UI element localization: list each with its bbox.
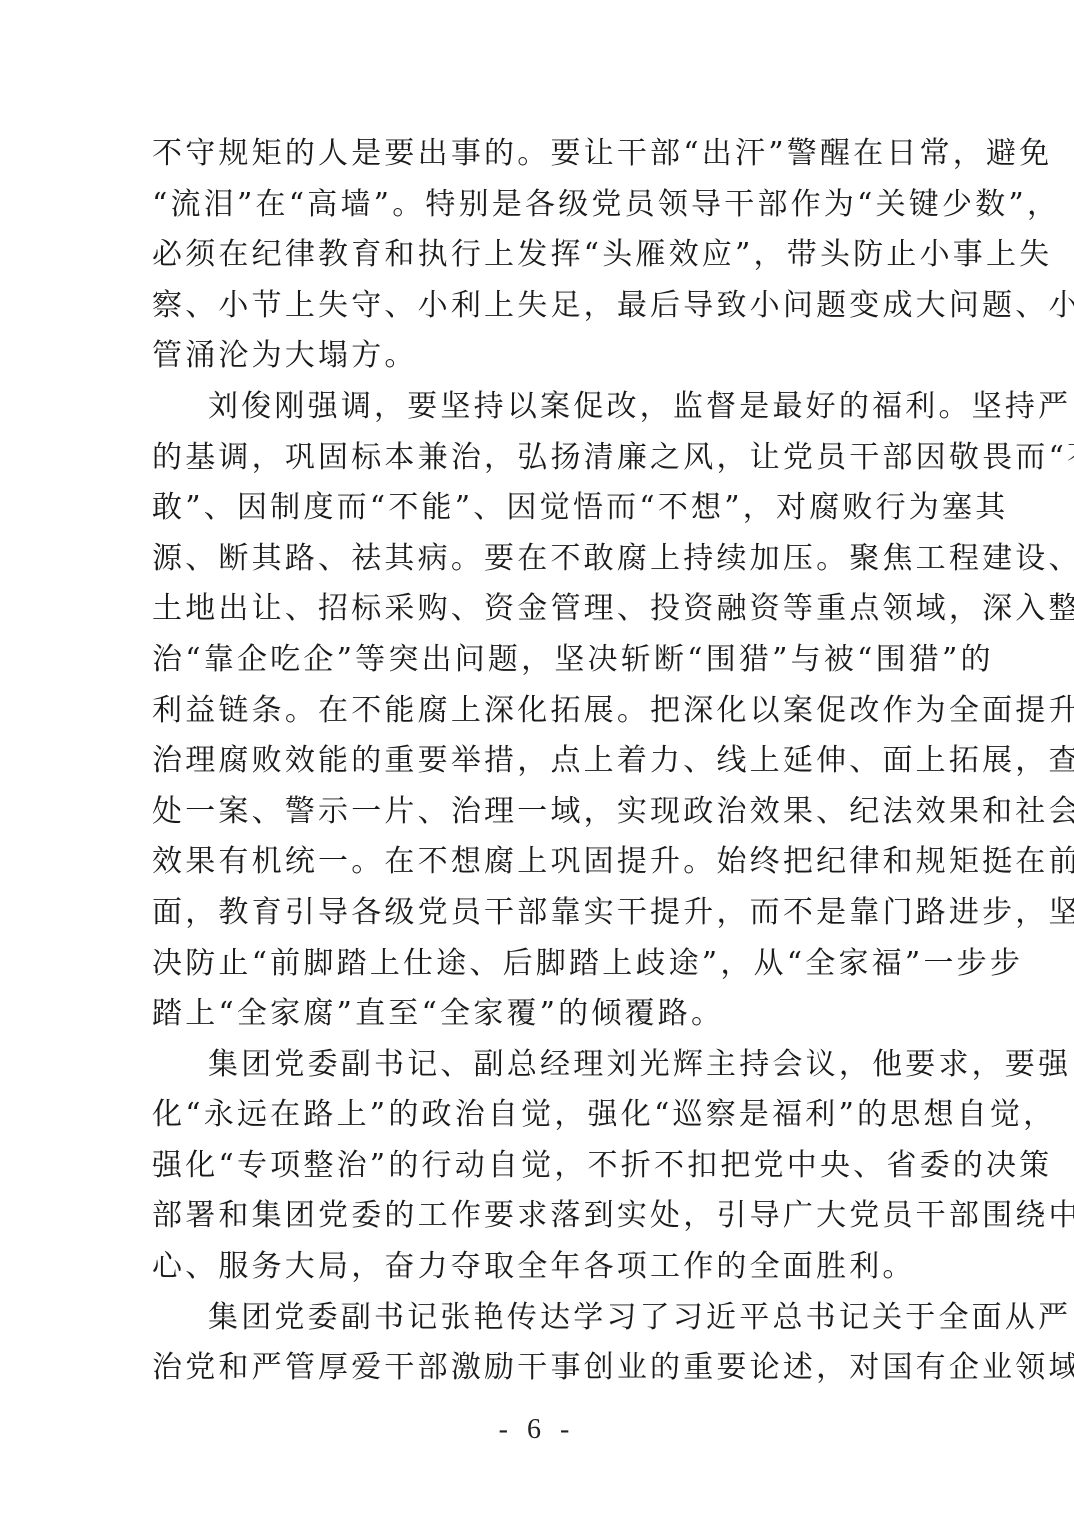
text-line: 治党和严管厚爱干部激励干事创业的重要论述，对国有企业领域	[152, 1343, 922, 1394]
text-line: 治“靠企吃企”等突出问题，坚决斩断“围猎”与被“围猎”的	[152, 635, 922, 686]
text-line: 部署和集团党委的工作要求落到实处，引导广大党员干部围绕中	[152, 1191, 922, 1242]
text-line: 土地出让、招标采购、资金管理、投资融资等重点领域，深入整	[152, 584, 922, 635]
text-line: 察、小节上失守、小利上失足，最后导致小问题变成大问题、小	[152, 281, 922, 332]
text-line: 踏上“全家腐”直至“全家覆”的倾覆路。	[152, 989, 922, 1040]
paragraph-4: 集团党委副书记张艳传达学习了习近平总书记关于全面从严 治党和严管厚爱干部激励干事…	[152, 1293, 922, 1394]
page-number: - 6 -	[0, 1410, 1074, 1450]
text-line: 的基调，巩固标本兼治，弘扬清廉之风，让党员干部因敬畏而“不	[152, 433, 922, 484]
text-line: 刘俊刚强调，要坚持以案促改，监督是最好的福利。坚持严	[152, 382, 922, 433]
paragraph-3: 集团党委副书记、副总经理刘光辉主持会议，他要求，要强 化“永远在路上”的政治自觉…	[152, 1040, 922, 1293]
text-line: 集团党委副书记、副总经理刘光辉主持会议，他要求，要强	[152, 1040, 922, 1091]
text-line: 强化“专项整治”的行动自觉，不折不扣把党中央、省委的决策	[152, 1141, 922, 1192]
text-line: 利益链条。在不能腐上深化拓展。把深化以案促改作为全面提升	[152, 686, 922, 737]
text-line: 必须在纪律教育和执行上发挥“头雁效应”，带头防止小事上失	[152, 230, 922, 281]
text-line: 面，教育引导各级党员干部靠实干提升，而不是靠门路进步，坚	[152, 888, 922, 939]
text-line: 治理腐败效能的重要举措，点上着力、线上延伸、面上拓展，查	[152, 736, 922, 787]
text-line: 处一案、警示一片、治理一域，实现政治效果、纪法效果和社会	[152, 787, 922, 838]
paragraph-1: 不守规矩的人是要出事的。要让干部“出汗”警醒在日常，避免 “流泪”在“高墙”。特…	[152, 129, 922, 382]
text-line: 不守规矩的人是要出事的。要让干部“出汗”警醒在日常，避免	[152, 129, 922, 180]
text-line: 源、断其路、祛其病。要在不敢腐上持续加压。聚焦工程建设、	[152, 534, 922, 585]
text-line: 效果有机统一。在不想腐上巩固提升。始终把纪律和规矩挺在前	[152, 837, 922, 888]
document-body: 不守规矩的人是要出事的。要让干部“出汗”警醒在日常，避免 “流泪”在“高墙”。特…	[152, 129, 922, 1394]
document-page: 不守规矩的人是要出事的。要让干部“出汗”警醒在日常，避免 “流泪”在“高墙”。特…	[0, 0, 1074, 1520]
text-line: 决防止“前脚踏上仕途、后脚踏上歧途”，从“全家福”一步步	[152, 939, 922, 990]
text-line: “流泪”在“高墙”。特别是各级党员领导干部作为“关键少数”，	[152, 180, 922, 231]
text-line: 心、服务大局，奋力夺取全年各项工作的全面胜利。	[152, 1242, 922, 1293]
paragraph-2: 刘俊刚强调，要坚持以案促改，监督是最好的福利。坚持严 的基调，巩固标本兼治，弘扬…	[152, 382, 922, 1040]
text-line: 集团党委副书记张艳传达学习了习近平总书记关于全面从严	[152, 1293, 922, 1344]
text-line: 管涌沦为大塌方。	[152, 331, 922, 382]
text-line: 敢”、因制度而“不能”、因觉悟而“不想”，对腐败行为塞其	[152, 483, 922, 534]
text-line: 化“永远在路上”的政治自觉，强化“巡察是福利”的思想自觉，	[152, 1090, 922, 1141]
